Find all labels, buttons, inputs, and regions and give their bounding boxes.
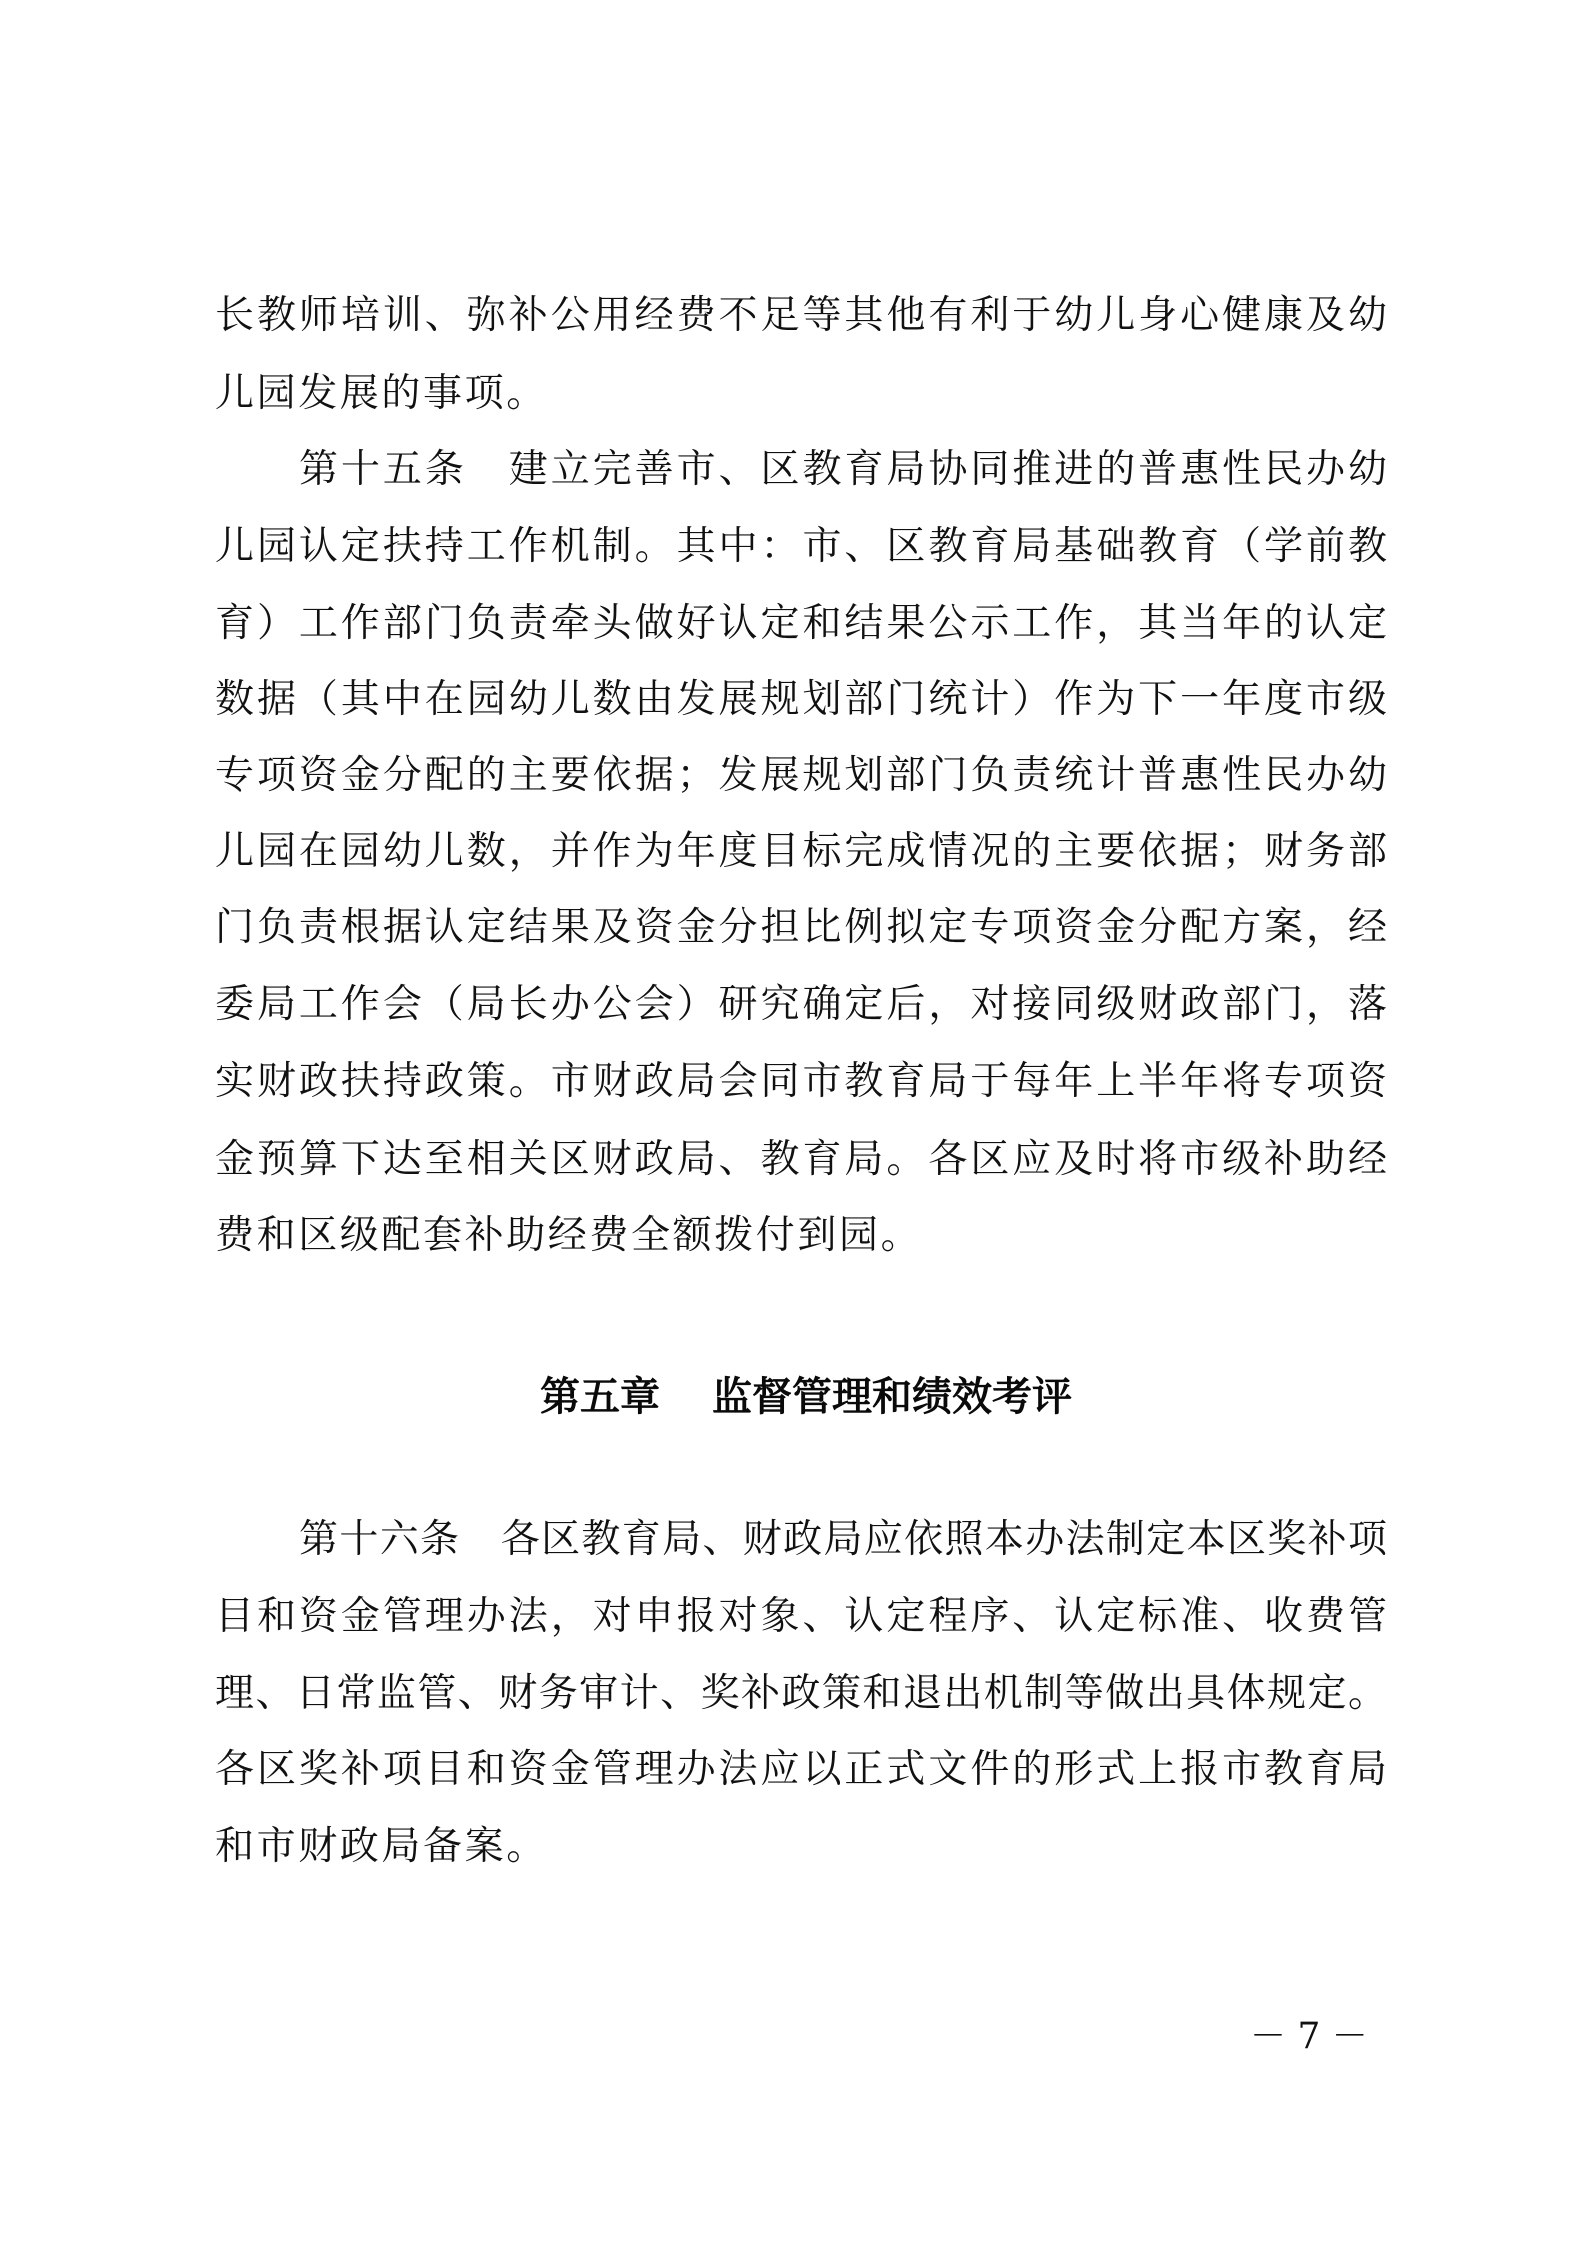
paragraph-line: 实财政扶持政策。市财政局会同市教育局于每年上半年将专项资 [215,1062,1387,1102]
paragraph-line: 儿园在园幼儿数，并作为年度目标完成情况的主要依据；财务部 [215,832,1387,872]
article-16-first-line: 第十六条 各区教育局、财政局应依照本办法制定本区奖补项 [299,1520,1387,1560]
paragraph-line: 和市财政局备案。 [215,1827,548,1867]
paragraph-line: 儿园发展的事项。 [215,374,548,414]
paragraph-line: 儿园认定扶持工作机制。其中：市、区教育局基础教育（学前教 [215,527,1387,567]
paragraph-line: 各区奖补项目和资金管理办法应以正式文件的形式上报市教育局 [215,1750,1387,1790]
article-15-first-line: 第十五条 建立完善市、区教育局协同推进的普惠性民办幼 [299,450,1387,490]
chapter-number: 第五章 [540,1374,660,1420]
paragraph-line: 育）工作部门负责牵头做好认定和结果公示工作，其当年的认定 [215,604,1387,644]
paragraph-line: 长教师培训、弥补公用经费不足等其他有利于幼儿身心健康及幼 [215,296,1387,336]
paragraph-line: 门负责根据认定结果及资金分担比例拟定专项资金分配方案，经 [215,908,1387,948]
chapter-heading: 第五章监督管理和绩效考评 [0,1375,1587,1419]
chapter-title: 监督管理和绩效考评 [712,1374,1072,1420]
paragraph-line: 理、日常监管、财务审计、奖补政策和退出机制等做出具体规定。 [215,1674,1387,1714]
page-number: － 7 － [1250,2016,1342,2058]
paragraph-line: 目和资金管理办法，对申报对象、认定程序、认定标准、收费管 [215,1597,1387,1637]
paragraph-line: 金预算下达至相关区财政局、教育局。各区应及时将市级补助经 [215,1140,1387,1180]
paragraph-line: 费和区级配套补助经费全额拨付到园。 [215,1216,922,1256]
paragraph-line: 数据（其中在园幼儿数由发展规划部门统计）作为下一年度市级 [215,680,1387,720]
paragraph-line: 专项资金分配的主要依据；发展规划部门负责统计普惠性民办幼 [215,756,1387,796]
paragraph-line: 委局工作会（局长办公会）研究确定后，对接同级财政部门，落 [215,985,1387,1025]
document-page: 长教师培训、弥补公用经费不足等其他有利于幼儿身心健康及幼 儿园发展的事项。 第十… [0,0,1587,2245]
